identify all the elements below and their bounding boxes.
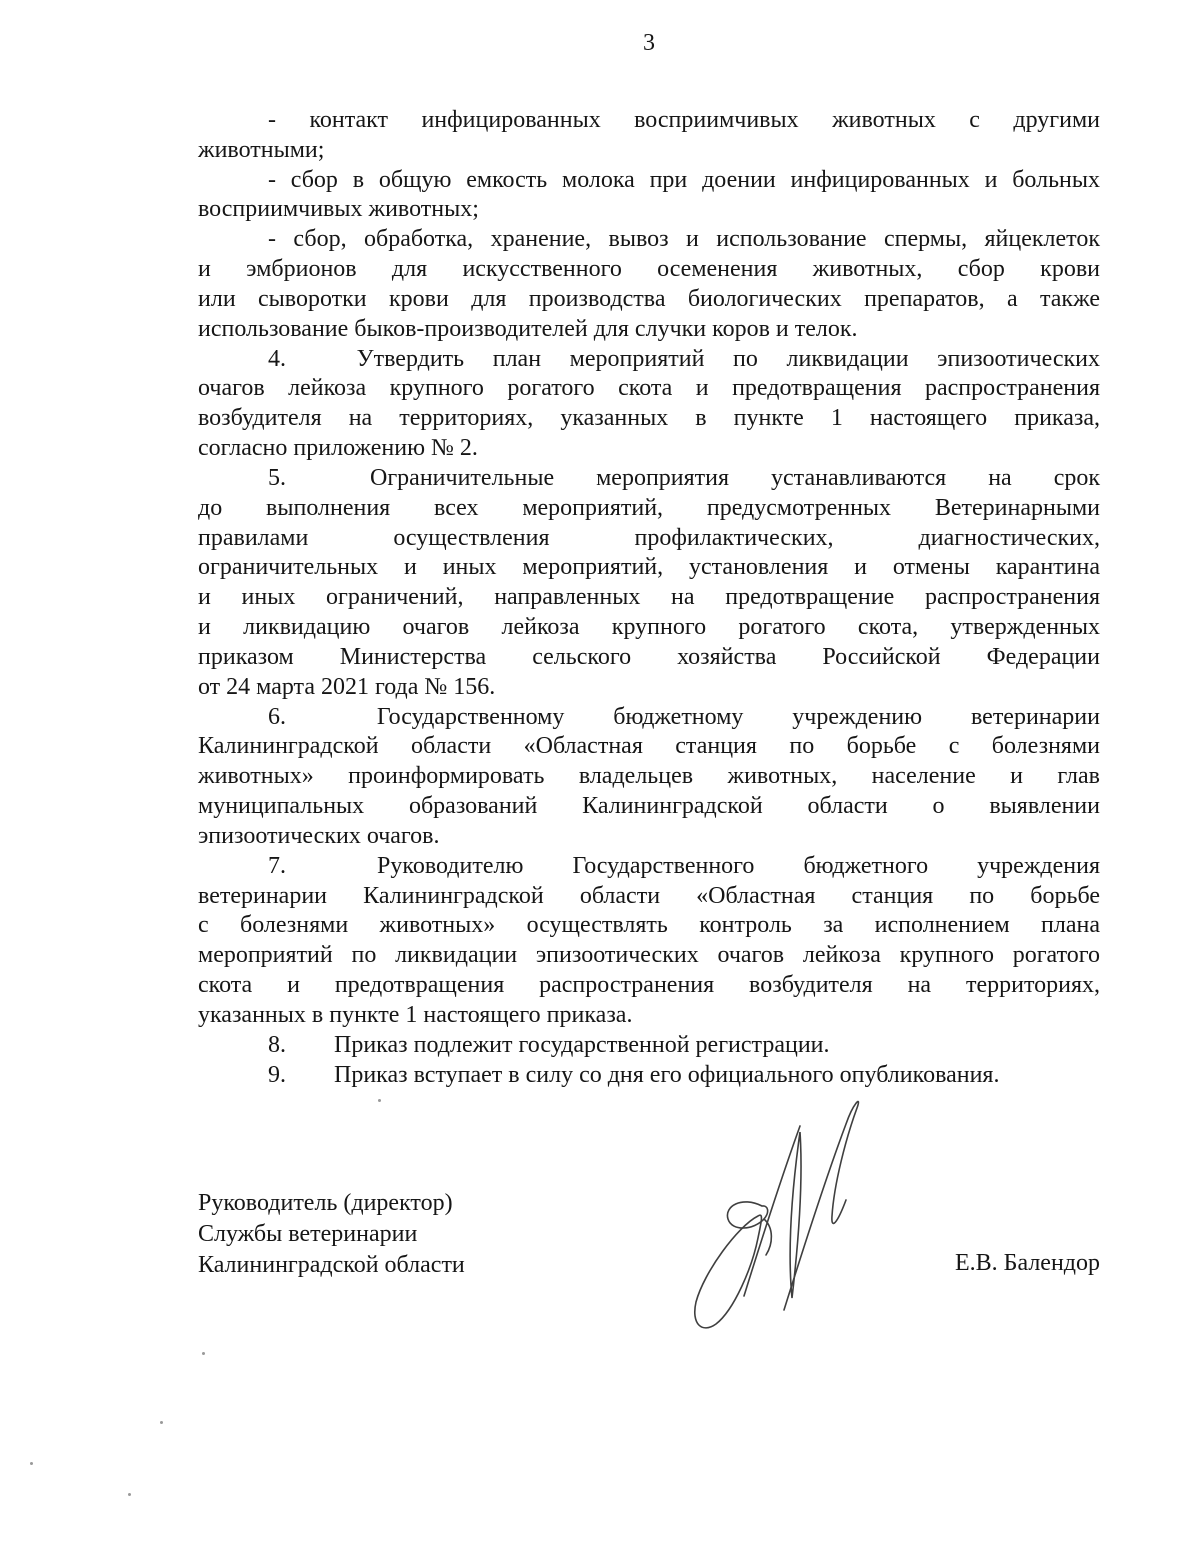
- text-line: с болезнями животных» осуществлять контр…: [198, 911, 1100, 941]
- text-line: - контакт инфицированных восприимчивых ж…: [198, 106, 1100, 136]
- signature-block: Руководитель (директор) Службы ветеринар…: [198, 1188, 465, 1281]
- signatory-title-line: Калининградской области: [198, 1250, 465, 1281]
- paragraph: 6. Государственному бюджетному учреждени…: [198, 703, 1100, 852]
- handwritten-signature-icon: [676, 1088, 896, 1338]
- text-line: эпизоотических очагов.: [198, 822, 1100, 852]
- item-number: 5.: [268, 464, 328, 494]
- signatory-title-line: Руководитель (директор): [198, 1188, 465, 1219]
- paragraph: - сбор, обработка, хранение, вывоз и исп…: [198, 225, 1100, 344]
- text-line: согласно приложению № 2.: [198, 434, 1100, 464]
- text-line: 7. Руководителю Государственного бюджетн…: [198, 852, 1100, 882]
- item-number: 6.: [268, 703, 328, 733]
- text-line: и эмбрионов для искусственного осеменени…: [198, 255, 1100, 285]
- text-line: муниципальных образований Калининградско…: [198, 792, 1100, 822]
- scan-speck: [160, 1421, 163, 1424]
- document-body: - контакт инфицированных восприимчивых ж…: [198, 106, 1100, 1090]
- paragraph: 4. Утвердить план мероприятий по ликвида…: [198, 345, 1100, 464]
- paragraph: 8. Приказ подлежит государственной регис…: [198, 1031, 1100, 1061]
- item-number: 4.: [268, 345, 328, 375]
- text-line: или сыворотки крови для производства био…: [198, 285, 1100, 315]
- paragraph: 9. Приказ вступает в силу со дня его офи…: [198, 1061, 1100, 1091]
- text-line: 8. Приказ подлежит государственной регис…: [198, 1031, 1100, 1061]
- item-number: 9.: [268, 1061, 328, 1091]
- text-line: - сбор в общую емкость молока при доении…: [198, 166, 1100, 196]
- text-line: ветеринарии Калининградской области «Обл…: [198, 882, 1100, 912]
- text-line: от 24 марта 2021 года № 156.: [198, 673, 1100, 703]
- scan-speck: [378, 1099, 381, 1102]
- text-line: животных» проинформировать владельцев жи…: [198, 762, 1100, 792]
- text-line: 5. Ограничительные мероприятия устанавли…: [198, 464, 1100, 494]
- paragraph: - сбор в общую емкость молока при доении…: [198, 166, 1100, 226]
- scan-speck: [30, 1462, 33, 1465]
- text-line: 6. Государственному бюджетному учреждени…: [198, 703, 1100, 733]
- text-line: и иных ограничений, направленных на пред…: [198, 583, 1100, 613]
- scan-speck: [128, 1493, 131, 1496]
- text-line: очагов лейкоза крупного рогатого скота и…: [198, 374, 1100, 404]
- text-line: использование быков-производителей для с…: [198, 315, 1100, 345]
- text-line: Калининградской области «Областная станц…: [198, 732, 1100, 762]
- scan-speck: [202, 1352, 205, 1355]
- paragraph: - контакт инфицированных восприимчивых ж…: [198, 106, 1100, 166]
- text-line: - сбор, обработка, хранение, вывоз и исп…: [198, 225, 1100, 255]
- paragraph: 5. Ограничительные мероприятия устанавли…: [198, 464, 1100, 703]
- item-number: 8.: [268, 1031, 328, 1061]
- text-line: указанных в пункте 1 настоящего приказа.: [198, 1001, 1100, 1031]
- item-number: 7.: [268, 852, 328, 882]
- page-number: 3: [198, 30, 1100, 57]
- text-line: восприимчивых животных;: [198, 195, 1100, 225]
- text-line: правилами осуществления профилактических…: [198, 524, 1100, 554]
- text-line: до выполнения всех мероприятий, предусмо…: [198, 494, 1100, 524]
- text-line: животными;: [198, 136, 1100, 166]
- text-line: мероприятий по ликвидации эпизоотических…: [198, 941, 1100, 971]
- text-line: скота и предотвращения распространения в…: [198, 971, 1100, 1001]
- text-line: приказом Министерства сельского хозяйств…: [198, 643, 1100, 673]
- text-line: 4. Утвердить план мероприятий по ликвида…: [198, 345, 1100, 375]
- document-page: 3 - контакт инфицированных восприимчивых…: [0, 0, 1200, 1553]
- paragraph: 7. Руководителю Государственного бюджетн…: [198, 852, 1100, 1031]
- text-line: и ликвидацию очагов лейкоза крупного рог…: [198, 613, 1100, 643]
- signatory-title-line: Службы ветеринарии: [198, 1219, 465, 1250]
- text-line: ограничительных и иных мероприятий, уста…: [198, 553, 1100, 583]
- text-line: возбудителя на территориях, указанных в …: [198, 404, 1100, 434]
- text-line: 9. Приказ вступает в силу со дня его офи…: [198, 1061, 1100, 1091]
